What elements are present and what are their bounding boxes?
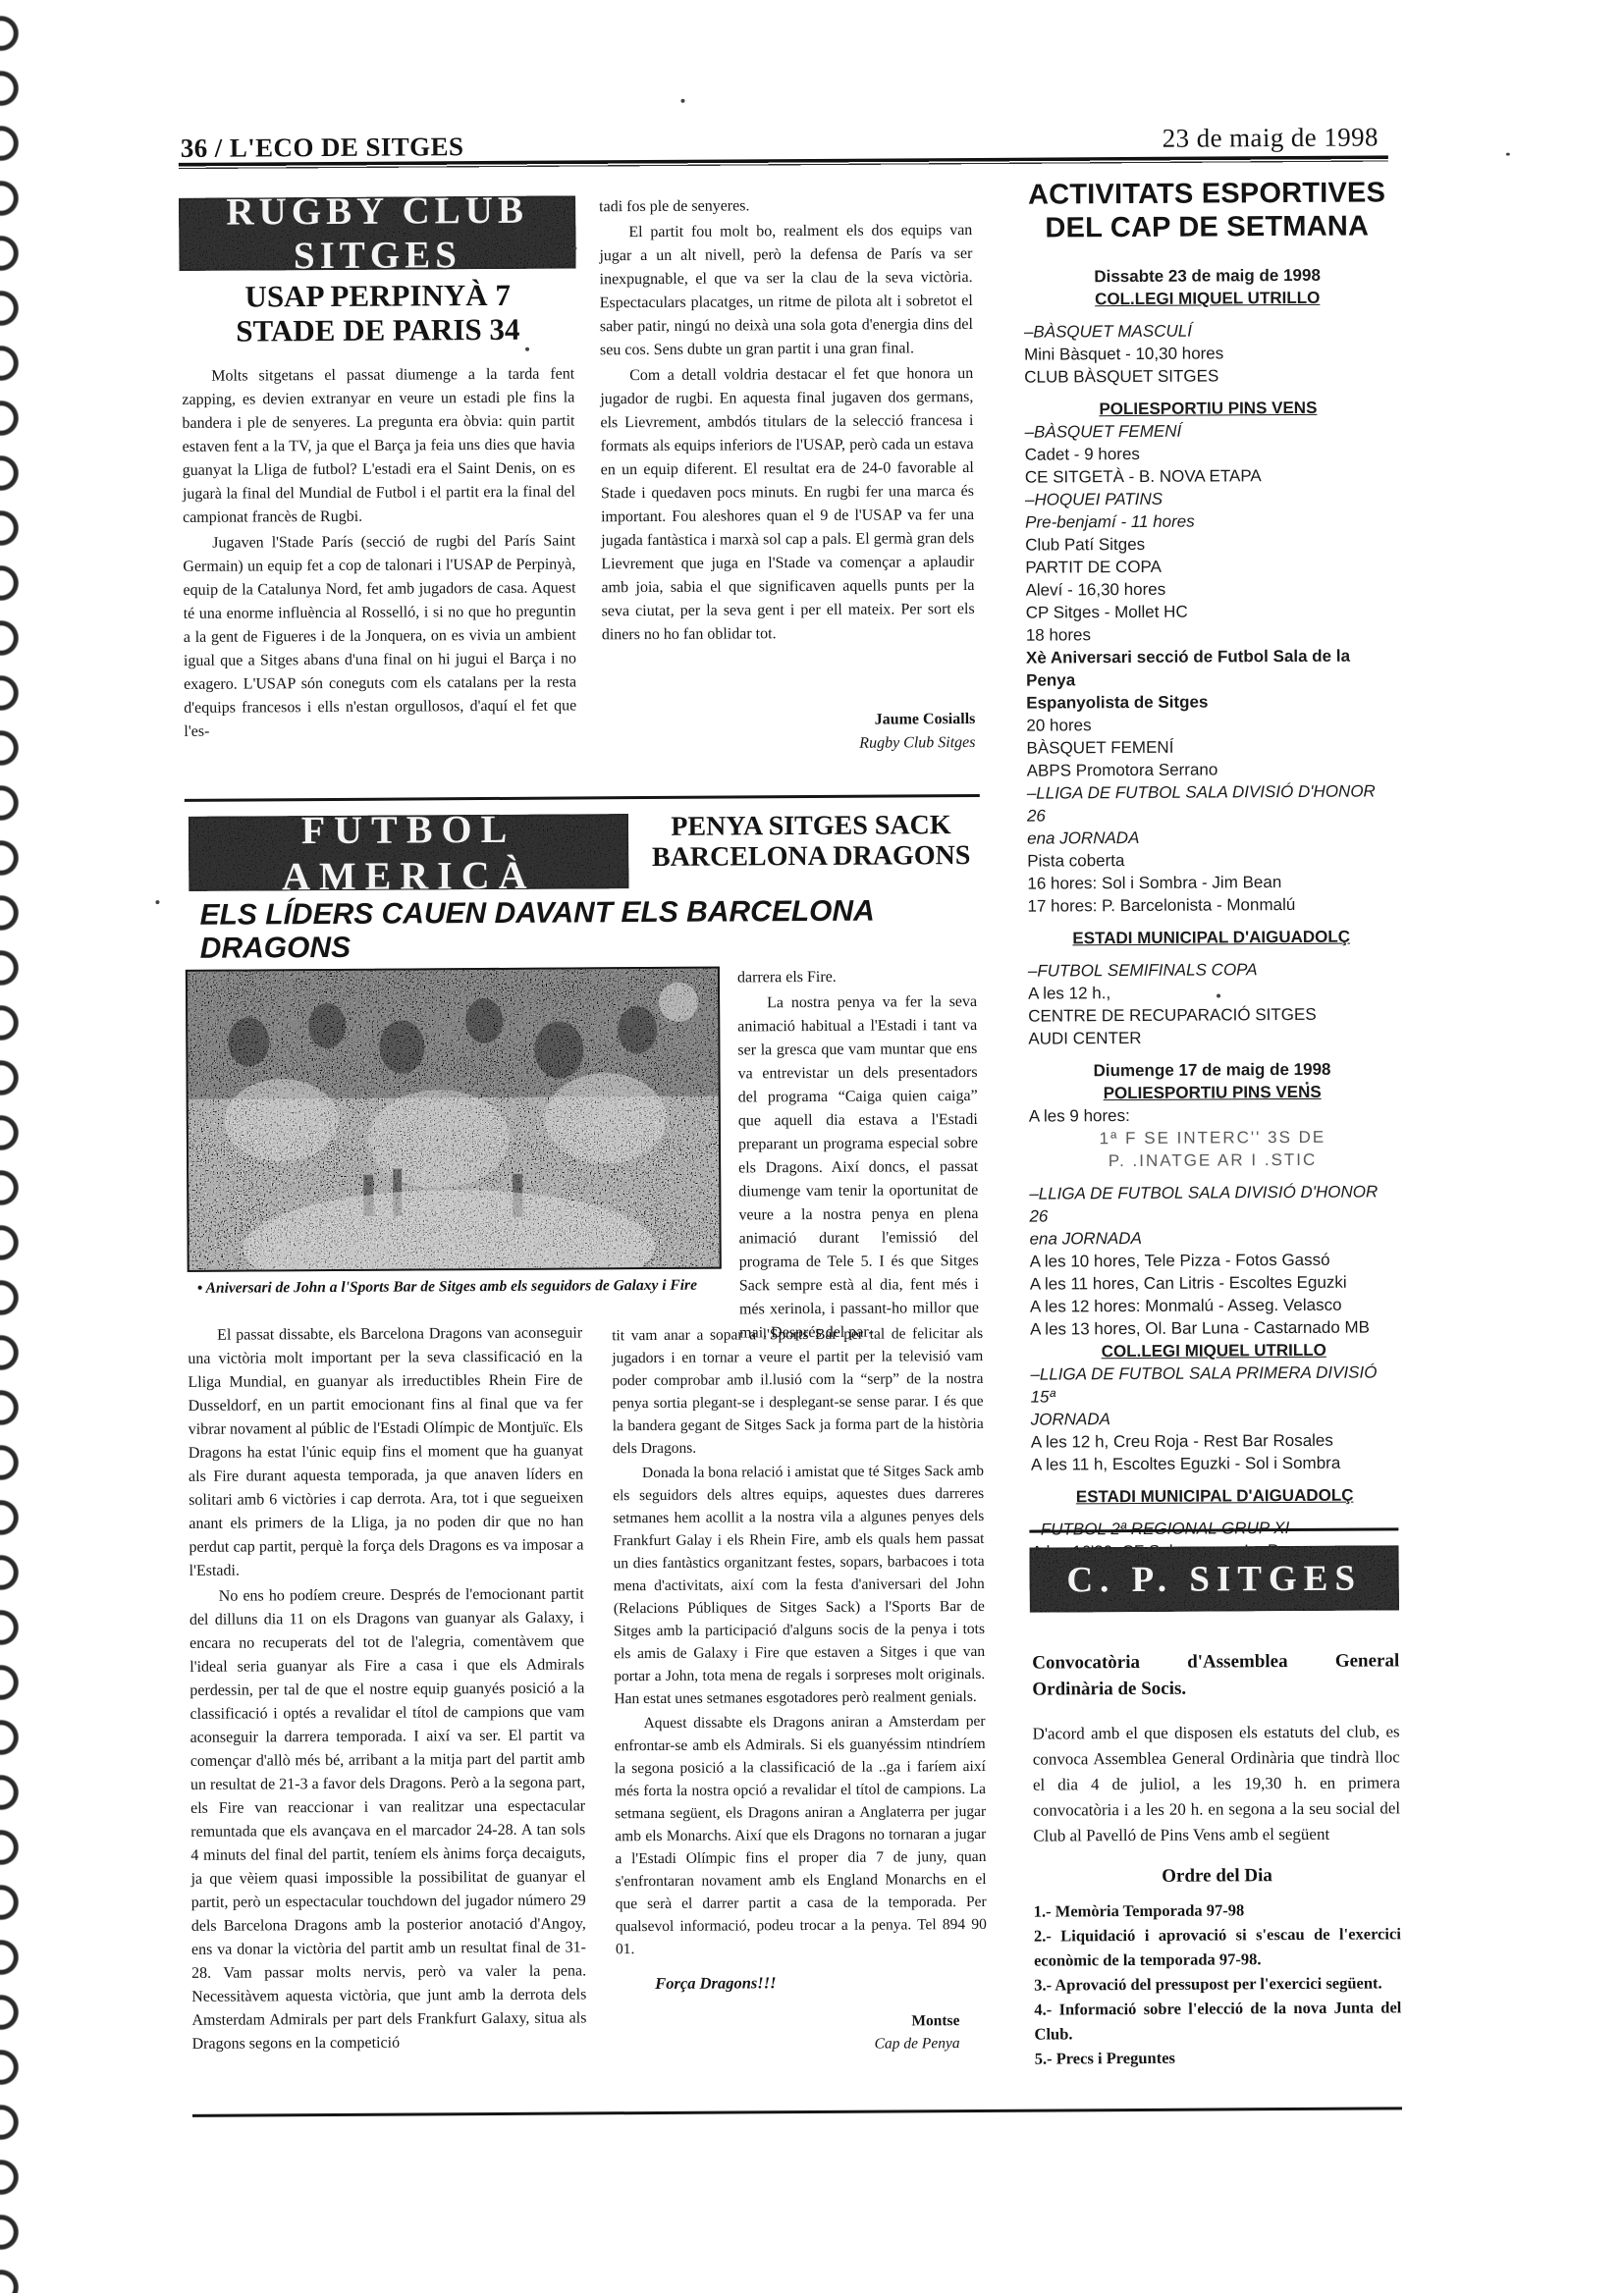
paragraph: La nostra penya va fer la seva animació … xyxy=(737,990,979,1345)
agenda-line: AUDI CENTER xyxy=(1028,1025,1395,1049)
agenda-line: Xè Aniversari secció de Futbol Sala de l… xyxy=(1026,644,1393,691)
issue-date: 23 de maig de 1998 xyxy=(1163,122,1379,153)
agenda-line: COL.LEGI MIQUEL UTRILLO xyxy=(1030,1338,1397,1362)
agenda-line: 17 hores: P. Barcelonista - Monmalú xyxy=(1027,892,1394,917)
paragraph: tadi fos ple de senyeres. xyxy=(599,193,972,219)
newspaper-page: 36 / L'ECO DE SITGES 23 de maig de 1998 … xyxy=(0,0,1623,2296)
cps-intro: Convocatòria d'Assemblea General Ordinàr… xyxy=(1032,1647,1399,1702)
agenda-line: Aleví - 16,30 hores xyxy=(1025,576,1392,601)
agenda-list: Dissabte 23 de maig de 1998COL.LEGI MIQU… xyxy=(1024,263,1399,1563)
agenda-line: CENTRE DE RECUPARACIÓ SITGES xyxy=(1028,1002,1395,1027)
cps-agenda-items: 1.- Memòria Temporada 97-982.- Liquidaci… xyxy=(1034,1896,1402,2070)
futbol-column-2: tit vam anar a sopar a l'Sports Bar per … xyxy=(612,1322,987,1960)
scan-speck xyxy=(155,900,159,904)
cps-banner-label: C. P. SITGES xyxy=(1066,1557,1362,1601)
futbol-signature-role: Cap de Penya xyxy=(617,2032,960,2056)
cps-order-title: Ordre del Dia xyxy=(1033,1864,1400,1888)
agenda-line: Espanyolista de Sitges xyxy=(1026,689,1393,714)
paragraph: Donada la bona relació i amistat que té … xyxy=(613,1460,986,1710)
agenda-line: A les 10 hores, Tele Pizza - Fotos Gassó xyxy=(1030,1248,1397,1272)
agenda-line: CE SITGETÀ - B. NOVA ETAPA xyxy=(1025,463,1392,488)
futbol-slogan: Força Dragons!!! xyxy=(616,1972,987,1994)
agenda-line: JORNADA xyxy=(1031,1406,1398,1430)
party-photo xyxy=(186,967,722,1272)
agenda-line: –BÀSQUET MASCULÍ xyxy=(1024,318,1391,343)
agenda-line: –LLIGA DE FUTBOL SALA DIVISIÓ D'HONOR 26 xyxy=(1029,1180,1396,1227)
futbol-headline-line1: PENYA SITGES SACK xyxy=(646,810,976,842)
agenda-line: –FUTBOL SEMIFINALS COPA xyxy=(1028,957,1395,982)
agenda-line: Mini Bàsquet - 10,30 hores xyxy=(1024,341,1391,365)
rugby-signature-role: Rugby Club Sitges xyxy=(602,731,975,757)
rugby-signature: Jaume Cosialls Rugby Club Sitges xyxy=(602,708,975,757)
agenda-item: 3.- Aprovació del pressupost per l'exerc… xyxy=(1034,1970,1401,1997)
agenda-line: BÀSQUET FEMENÍ xyxy=(1026,734,1393,759)
agenda-line: –LLIGA DE FUTBOL SALA DIVISIÓ D'HONOR 26 xyxy=(1027,779,1394,827)
rugby-banner-label: RUGBY CLUB SITGES xyxy=(179,195,575,270)
photo-caption: • Aniversari de John a l'Sports Bar de S… xyxy=(197,1276,732,1297)
agenda-line: PARTIT DE COPA xyxy=(1025,554,1392,578)
rugby-headline-line1: USAP PERPINYÀ 7 xyxy=(182,278,574,314)
agenda-line: CP Sitges - Mollet HC xyxy=(1026,599,1393,623)
agenda-line: ABPS Promotora Serrano xyxy=(1027,757,1394,781)
paragraph: Aquest dissabte els Dragons aniran a Ams… xyxy=(615,1710,988,1960)
agenda-line: Pista coberta xyxy=(1027,847,1394,872)
futbol-section-rule xyxy=(185,794,980,802)
cps-body: D'acord amb el que disposen els estatuts… xyxy=(1033,1719,1401,1848)
paragraph: El passat dissabte, els Barcelona Dragon… xyxy=(188,1321,584,1582)
futbol-banner-label: FUTBOL AMERICÀ xyxy=(189,814,628,891)
scan-speck xyxy=(680,99,684,103)
rugby-headline: USAP PERPINYÀ 7 STADE DE PARIS 34 xyxy=(182,278,574,348)
agenda-line: 16 hores: Sol i Sombra - Jim Bean xyxy=(1027,870,1394,894)
rugby-headline-line2: STADE DE PARIS 34 xyxy=(182,312,574,348)
futbol-headline: PENYA SITGES SACK BARCELONA DRAGONS xyxy=(646,810,976,874)
agenda-line: POLIESPORTIU PINS VENS xyxy=(1024,396,1391,420)
agenda-line: ena JORNADA xyxy=(1027,825,1394,849)
bottom-rule xyxy=(192,2107,1402,2117)
agenda-line: A les 12 h, Creu Roja - Rest Bar Rosales xyxy=(1031,1428,1398,1453)
agenda-line: ESTADI MUNICIPAL D'AIGUADOLÇ xyxy=(1031,1483,1398,1508)
rugby-section-banner: RUGBY CLUB SITGES xyxy=(179,195,575,270)
agenda-item: 1.- Memòria Temporada 97-98 xyxy=(1034,1896,1401,1923)
paragraph: El partit fou molt bo, realment els dos … xyxy=(599,219,973,362)
agenda-item: 5.- Precs i Preguntes xyxy=(1035,2044,1402,2070)
futbol-section-banner: FUTBOL AMERICÀ xyxy=(189,814,628,891)
agenda-line: A les 11 hores, Can Litris - Escoltes Eg… xyxy=(1030,1270,1397,1295)
paragraph: darrera els Fire. xyxy=(737,965,977,989)
paragraph: No ens ho podíem creure. Després de l'em… xyxy=(189,1582,587,2056)
agenda-line: Cadet - 9 hores xyxy=(1025,441,1392,465)
futbol-column-1: El passat dissabte, els Barcelona Dragon… xyxy=(188,1321,587,2056)
paragraph: tit vam anar a sopar a l'Sports Bar per … xyxy=(612,1322,984,1460)
party-photo-image xyxy=(188,969,720,1270)
rugby-column-2: tadi fos ple de senyeres.El partit fou m… xyxy=(599,193,975,647)
scan-speck xyxy=(1217,993,1220,997)
rugby-column-1: Molts sitgetans el passat diumenge a la … xyxy=(182,362,576,743)
futbol-headline-line2: BARCELONA DRAGONS xyxy=(646,840,976,873)
agenda-line: 18 hores xyxy=(1026,621,1393,646)
agenda-line: –BÀSQUET FEMENÍ xyxy=(1024,418,1391,443)
futbol-column-2-wrap: tit vam anar a sopar a l'Sports Bar per … xyxy=(612,1322,988,2056)
agenda-line: COL.LEGI MIQUEL UTRILLO xyxy=(1024,286,1391,310)
agenda-line: A les 12 h., xyxy=(1028,980,1395,1004)
agenda-item: 4.- Informació sobre l'elecció de la nov… xyxy=(1034,1995,1401,2046)
agenda-line: –LLIGA DE FUTBOL SALA PRIMERA DIVISIÓ 15… xyxy=(1030,1361,1397,1408)
scan-speck xyxy=(525,347,529,351)
agenda-line: POLIESPORTIU PINS VENS xyxy=(1029,1080,1396,1104)
futbol-signature: Montse Cap de Penya xyxy=(616,2009,987,2056)
scan-speck xyxy=(1306,1082,1309,1085)
paragraph: Molts sitgetans el passat diumenge a la … xyxy=(182,362,575,529)
agenda-line: 20 hores xyxy=(1026,712,1393,736)
agenda-line: A les 12 hores: Monmalú - Asseg. Velasco xyxy=(1030,1293,1397,1317)
paragraph: Jugaven l'Stade París (secció de rugbi d… xyxy=(183,529,576,743)
rugby-signature-name: Jaume Cosialls xyxy=(602,708,975,733)
agenda-line: A les 9 hores: xyxy=(1029,1102,1396,1127)
futbol-signature-name: Montse xyxy=(616,2009,959,2034)
futbol-subheadline: ELS LÍDERS CAUEN DAVANT ELS BARCELONA DR… xyxy=(199,894,980,966)
agenda-item: 2.- Liquidació i aprovació si s'escau de… xyxy=(1034,1921,1401,1972)
agenda-line: A les 13 hores, Ol. Bar Luna - Castarnad… xyxy=(1030,1315,1397,1340)
agenda-line: CLUB BÀSQUET SITGES xyxy=(1024,363,1391,388)
agenda-line: 1ª F SE INTERC'' 3S DE xyxy=(1029,1125,1396,1149)
page-content: 36 / L'ECO DE SITGES 23 de maig de 1998 … xyxy=(0,0,1623,2296)
agenda-line: Pre-benjamí - 11 hores xyxy=(1025,508,1392,533)
agenda-line: –HOQUEI PATINS xyxy=(1025,486,1392,510)
agenda-title: ACTIVITATS ESPORTIVES DEL CAP DE SETMANA xyxy=(1015,176,1398,244)
agenda-line: ESTADI MUNICIPAL D'AIGUADOLÇ xyxy=(1028,925,1395,949)
page-number-masthead: 36 / L'ECO DE SITGES xyxy=(181,132,464,164)
paragraph: Com a detall voldria destacar el fet que… xyxy=(600,362,975,647)
agenda-title-line1: ACTIVITATS ESPORTIVES xyxy=(1015,176,1398,211)
cps-section-banner: C. P. SITGES xyxy=(1029,1545,1398,1612)
agenda-line: A les 11 h, Escoltes Eguzki - Sol i Somb… xyxy=(1031,1451,1398,1475)
scan-speck xyxy=(1506,153,1510,156)
agenda-line: P. .INATGE AR I .STIC xyxy=(1029,1148,1396,1172)
futbol-side-column: darrera els Fire.La nostra penya va fer … xyxy=(737,965,979,1345)
agenda-line: Club Patí Sitges xyxy=(1025,531,1392,556)
agenda-line: Dissabte 23 de maig de 1998 xyxy=(1024,263,1391,288)
agenda-line: Diumenge 17 de maig de 1998 xyxy=(1028,1057,1395,1082)
agenda-title-line2: DEL CAP DE SETMANA xyxy=(1015,209,1398,244)
agenda-line: ena JORNADA xyxy=(1029,1225,1396,1250)
